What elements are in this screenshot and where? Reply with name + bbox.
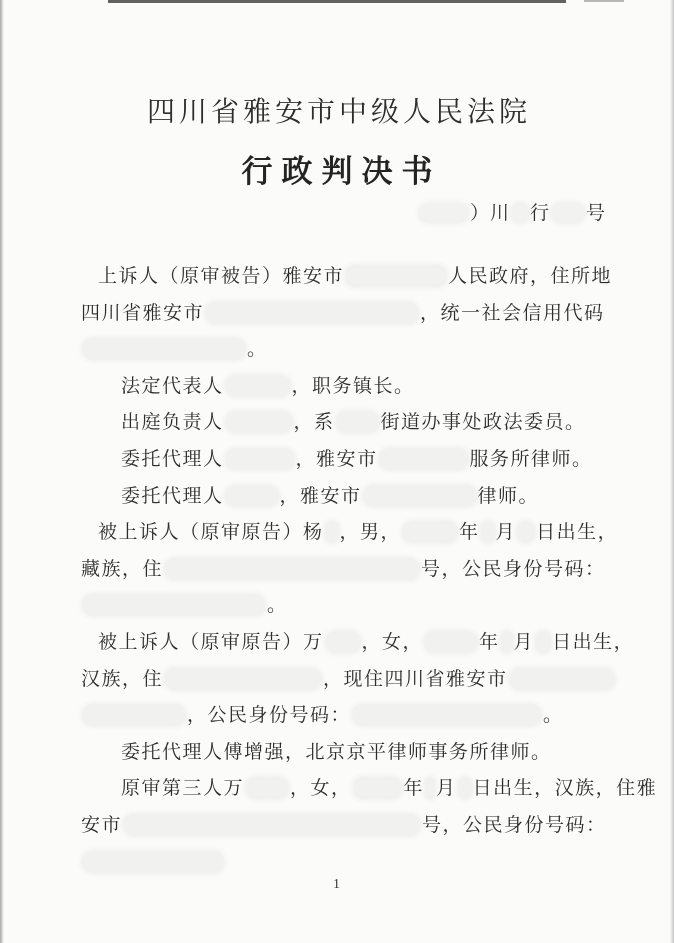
redaction-box <box>226 449 294 469</box>
text-run: ，女， <box>290 778 352 799</box>
text-run: ，现住四川省雅安市 <box>323 669 508 690</box>
document-line: 藏族，住号，公民身份号码： <box>81 552 646 589</box>
scan-edge-right <box>670 0 674 943</box>
redaction-box <box>83 339 245 359</box>
text-run: 被上诉人（原审原告）杨 <box>98 522 324 543</box>
redaction-box <box>403 522 457 542</box>
scan-edge-left <box>0 0 4 943</box>
document-line: 上诉人（原审被告）雅安市人民政府，住所地 <box>81 259 646 296</box>
case-number: ）川行号 <box>418 198 606 225</box>
document-line: 汉族，住，现住四川省雅安市 <box>81 662 646 699</box>
document-line: 四川省雅安市，统一社会信用代码 <box>81 296 646 333</box>
text-run: 原审第三人万 <box>121 778 244 799</box>
document-line: 被上诉人（原审原告）万，女，年月日出生， <box>81 625 646 662</box>
redaction-box <box>165 559 419 579</box>
text-run: 号，公民身份号码： <box>422 815 607 836</box>
document-line: 委托代理人傅增强，北京京平律师事务所律师。 <box>81 735 646 772</box>
scan-edge-top <box>108 0 566 3</box>
document-line: 。 <box>81 332 646 369</box>
redaction-box <box>518 522 534 542</box>
document-line <box>81 845 646 882</box>
text-run: ，女， <box>362 632 424 653</box>
redaction-box <box>226 376 290 396</box>
document-line: 法定代表人，职务镇长。 <box>81 369 646 406</box>
document-line: 安市号，公民身份号码： <box>81 808 646 845</box>
text-run: ，雅安市 <box>296 449 378 470</box>
redaction-box <box>426 778 434 798</box>
redaction-box <box>246 778 288 798</box>
text-run: 出庭负责人 <box>121 412 224 433</box>
redaction-box <box>502 632 512 652</box>
redaction-box <box>354 778 402 798</box>
redaction-box <box>165 669 321 689</box>
text-run: 月 <box>514 632 535 653</box>
text-run: 汉族，住 <box>81 669 163 690</box>
text-run: ，职务镇长。 <box>292 376 415 397</box>
text-run: 号 <box>586 203 606 224</box>
text-run: 年 <box>404 778 425 799</box>
text-run: 年 <box>479 632 500 653</box>
text-run: ，公民身份号码： <box>187 705 351 726</box>
text-run: 。 <box>267 595 288 616</box>
text-run: 日出生， <box>536 522 618 543</box>
text-run: ，系 <box>294 412 335 433</box>
text-run: 上诉人（原审被告）雅安市 <box>98 266 344 287</box>
text-run: 日出生，汉族，住雅 <box>473 778 658 799</box>
redaction-box <box>380 449 468 469</box>
redaction-box <box>512 204 528 222</box>
text-run: 日出生， <box>552 632 634 653</box>
redaction-box <box>364 486 476 506</box>
text-run: 藏族，住 <box>81 559 163 580</box>
redaction-box <box>459 778 471 798</box>
redaction-box <box>346 266 446 286</box>
document-page: 四川省雅安市中级人民法院 行政判决书 ）川行号 上诉人（原审被告）雅安市人民政府… <box>0 0 674 943</box>
text-run: 安市 <box>81 815 122 836</box>
text-run: 。 <box>247 339 268 360</box>
text-run: ，男， <box>340 522 402 543</box>
text-run: 月 <box>496 522 517 543</box>
page-number: 1 <box>0 877 674 893</box>
document-line: 委托代理人，雅安市服务所律师。 <box>81 442 646 479</box>
text-run: 人民政府，住所地 <box>448 266 612 287</box>
redaction-box <box>206 303 418 323</box>
text-run: 行 <box>530 203 550 224</box>
text-run: 被上诉人（原审原告）万 <box>98 632 324 653</box>
document-line: 委托代理人，雅安市律师。 <box>81 479 646 516</box>
text-run: 年 <box>459 522 480 543</box>
document-type-title: 行政判决书 <box>0 146 674 191</box>
redaction-box <box>536 632 550 652</box>
redaction-box <box>226 486 278 506</box>
redaction-box <box>425 632 477 652</box>
redaction-box <box>326 632 360 652</box>
text-run: 委托代理人 <box>121 486 224 507</box>
text-run: 委托代理人 <box>121 449 224 470</box>
redaction-box <box>510 669 614 689</box>
document-line: 原审第三人万，女，年月日出生，汉族，住雅 <box>81 771 646 808</box>
text-run: 律师。 <box>478 486 540 507</box>
document-line: ，公民身份号码：。 <box>81 698 646 735</box>
document-line: 被上诉人（原审原告）杨，男，年月日出生， <box>81 515 646 552</box>
redaction-box <box>353 705 541 725</box>
text-run: 。 <box>543 705 564 726</box>
text-run: 四川省雅安市 <box>81 303 204 324</box>
text-run: 法定代表人 <box>121 376 224 397</box>
redaction-box <box>326 522 338 542</box>
text-run: 月 <box>436 778 457 799</box>
text-run: 委托代理人傅增强，北京京平律师事务所律师。 <box>121 742 552 763</box>
text-run: ，雅安市 <box>280 486 362 507</box>
document-body: 上诉人（原审被告）雅安市人民政府，住所地四川省雅安市，统一社会信用代码。法定代表… <box>81 259 646 881</box>
text-run: 号，公民身份号码： <box>421 559 606 580</box>
text-run: ，统一社会信用代码 <box>420 303 605 324</box>
text-run: 服务所律师。 <box>470 449 593 470</box>
court-name-title: 四川省雅安市中级人民法院 <box>0 90 674 130</box>
redaction-box <box>83 595 265 615</box>
text-run: 街道办事处政法委员。 <box>381 412 586 433</box>
redaction-box <box>420 204 468 222</box>
redaction-box <box>337 412 379 432</box>
redaction-box <box>482 522 494 542</box>
document-line: 。 <box>81 588 646 625</box>
text-run: ）川 <box>470 203 510 224</box>
redaction-box <box>83 705 185 725</box>
redaction-box <box>552 204 584 222</box>
redaction-box <box>226 412 292 432</box>
redaction-box <box>124 815 420 835</box>
redaction-box <box>83 852 223 872</box>
scan-edge-top-2 <box>584 0 624 2</box>
document-line: 出庭负责人，系街道办事处政法委员。 <box>81 405 646 442</box>
